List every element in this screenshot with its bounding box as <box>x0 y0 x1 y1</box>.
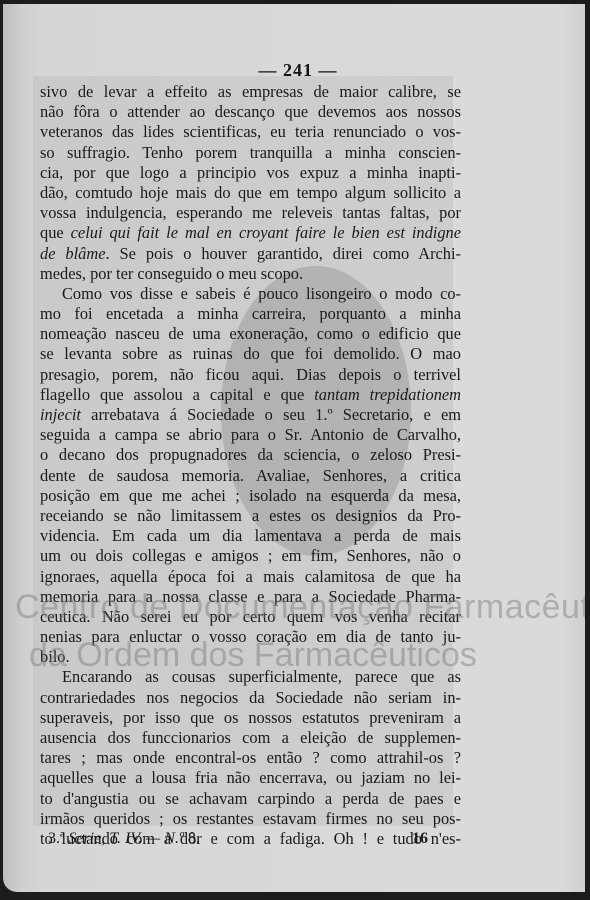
text-line: medes, por ter conseguido o meu scopo. <box>40 264 461 284</box>
text-line: contrariedades nos negocios da Sociedade… <box>40 688 461 708</box>
text-line: Como vos disse e sabeis é pouco lisongei… <box>40 284 461 304</box>
text-line: superaveis, por isso que os nossos estat… <box>40 708 461 728</box>
text-run: que <box>40 223 71 242</box>
signature-mark: 16 <box>412 830 428 848</box>
text-line: dão, comtudo hoje mais do que em tempo a… <box>40 183 461 203</box>
text-line: videncia. Em cada um dia lamentava a per… <box>40 526 461 546</box>
text-line: de blâme. Se pois o houver garantido, di… <box>40 244 461 264</box>
text-line: que celui qui fait le mal en croyant fai… <box>40 223 461 243</box>
text-line: cia, por que logo a principio vos expuz … <box>40 163 461 183</box>
text-line: to d'angustia ou se achavam carpindo a p… <box>40 789 461 809</box>
text-line: mo foi encetada a minha carreira, porqua… <box>40 304 461 324</box>
signature-footer: 3.ª Serie, T. IV. — N.º 8. 16 <box>48 830 428 848</box>
text-line: tares ; mas onde encontral-os então ? co… <box>40 748 461 768</box>
text-line: não fôra o attender ao descanço que deve… <box>40 102 461 122</box>
watermark-line-1: Centro de Documentação Farmacêutica <box>15 588 585 627</box>
text-run: . Se pois o houver garantido, direi como… <box>106 244 462 263</box>
text-line: vossa indulgencia, esperando me releveis… <box>40 203 461 223</box>
text-line: so suffragio. Tenho porem tranquilla a m… <box>40 143 461 163</box>
text-line: irmãos queridos ; os restantes estavam f… <box>40 809 461 829</box>
text-line: o decano dos propugnadores da sciencia, … <box>40 445 461 465</box>
italic-quote: tantam trepidationem <box>314 385 461 404</box>
text-line: nomeação nasceu de uma exoneração, como … <box>40 324 461 344</box>
text-line: veteranos das lides scientificas, eu ter… <box>40 122 461 142</box>
text-line: ignoraes, aquella época foi a mais calam… <box>40 567 461 587</box>
text-line: presagio, porem, não ficou aqui. Dias de… <box>40 365 461 385</box>
series-label: Serie, T. IV. — N.º <box>68 830 183 847</box>
italic-quote: de blâme <box>40 244 106 263</box>
text-line: injecit arrebatava á Sociedade o seu 1.º… <box>40 405 461 425</box>
scanned-page-frame: — 241 — sivo de levar a effeito as empre… <box>0 0 590 900</box>
text-line: ausencia dos funccionarios com a eleição… <box>40 728 461 748</box>
text-line: posição em que me achei ; isolado na esq… <box>40 486 461 506</box>
text-line: aquelles que a lousa fria não encerrava,… <box>40 768 461 788</box>
text-run: arrebatava á Sociedade o seu 1.º Secreta… <box>81 405 461 424</box>
issue-number: 8. <box>184 830 200 847</box>
page-number-header: — 241 — <box>3 60 585 81</box>
text-line: sivo de levar a effeito as empresas de m… <box>40 82 461 102</box>
body-text: sivo de levar a effeito as empresas de m… <box>40 82 461 849</box>
page: — 241 — sivo de levar a effeito as empre… <box>3 4 585 892</box>
series-prefix: 3.ª <box>48 830 68 847</box>
italic-quote: celui qui fait le mal en croyant faire l… <box>71 223 461 242</box>
italic-quote: injecit <box>40 405 81 424</box>
text-line: dente de saudosa memoria. Avaliae, Senho… <box>40 466 461 486</box>
text-line: seguida a campa se abrio para o Sr. Anto… <box>40 425 461 445</box>
text-line: receiando se não limitassem a estes os d… <box>40 506 461 526</box>
text-line: um ou dois collegas e amigos ; em fim, S… <box>40 546 461 566</box>
text-line: se levanta sobre as ruinas do que foi de… <box>40 344 461 364</box>
text-run: flagello que assolou a capital e que <box>40 385 314 404</box>
text-line: flagello que assolou a capital e que tan… <box>40 385 461 405</box>
watermark-line-2: da Ordem dos Farmacêuticos <box>29 636 477 675</box>
